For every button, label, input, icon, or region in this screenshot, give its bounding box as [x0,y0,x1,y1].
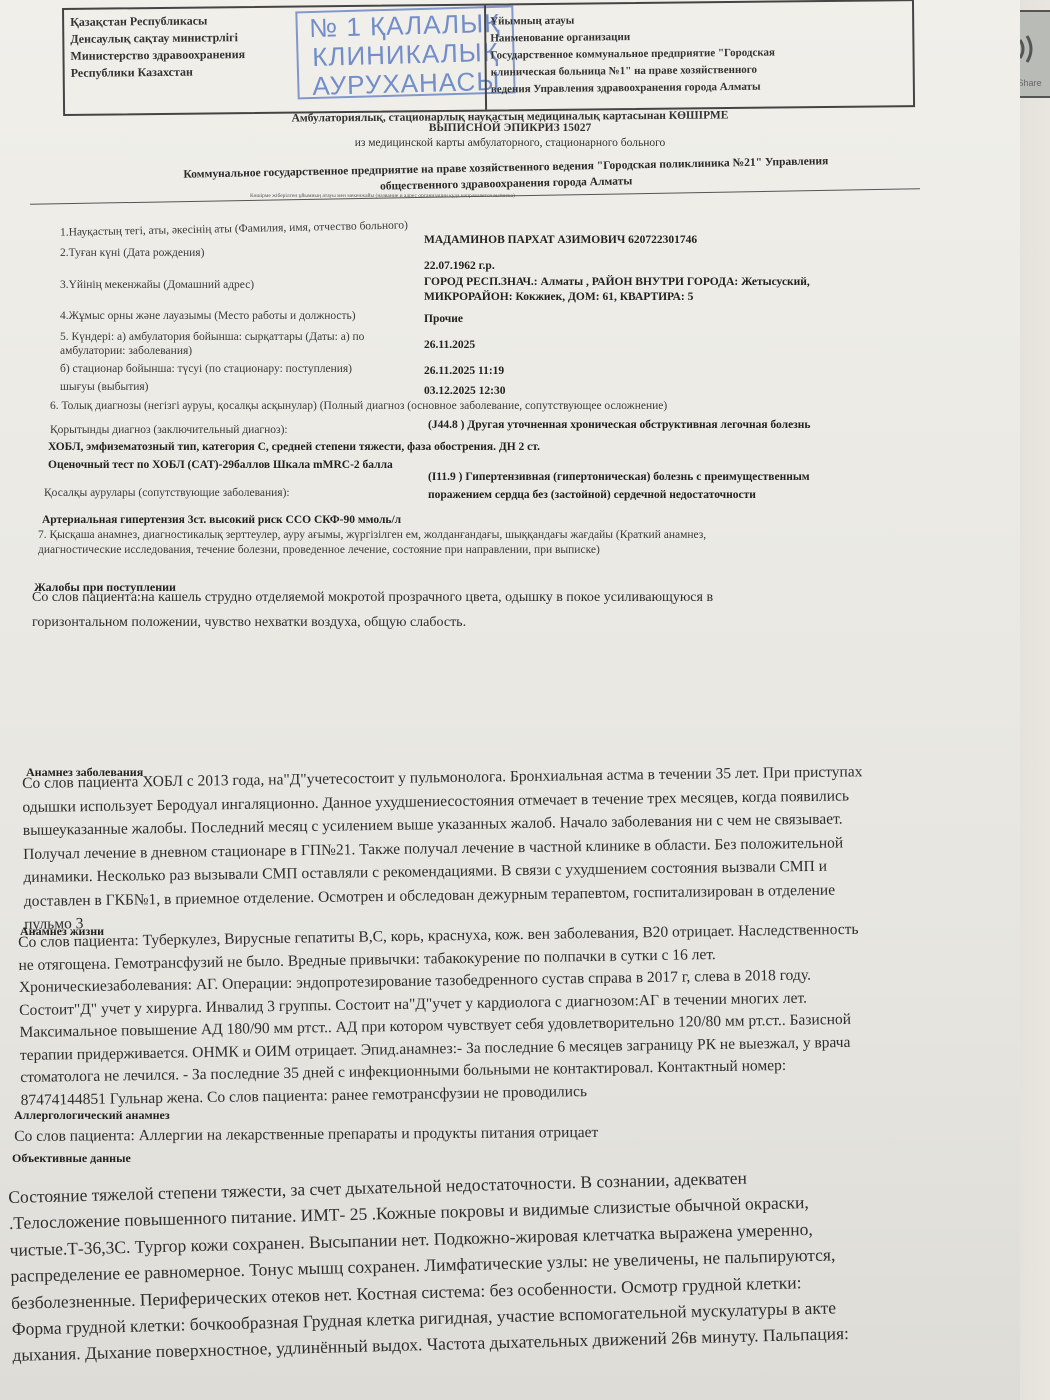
ministry-block: Қазақстан Республикасы Денсаулық сақтау … [70,12,245,82]
final-diagnosis-detail: ХОБЛ, эмфизематозный тип, категория С, с… [48,440,540,454]
comorbid-label: Қосалқы аурулары (сопутствующие заболева… [44,486,290,500]
diagnosis-heading: 6. Толық диагнозы (негізгі ауруы, қосалқ… [50,399,910,413]
ministry-line: Қазақстан Республикасы [70,12,245,31]
discharge-document: Қазақстан Республикасы Денсаулық сақтау … [0,0,1020,1400]
document-header: Қазақстан Республикасы Денсаулық сақтау … [62,0,915,116]
comorbid-value: (I11.9 ) Гипертензивная (гипертоническая… [428,470,810,484]
organization-block: Ұйымның атауы Наименование организации Г… [490,11,775,99]
objective-text: Состояние тяжелой степени тяжести, за сч… [8,1157,1050,1369]
field-label-workplace: 4.Жұмыс орны және лауазымы (Место работы… [60,309,420,323]
ministry-line: Республики Казахстан [71,63,246,82]
section7-heading: 7. Қысқаша анамнез, диагностикалық зертт… [38,528,918,542]
title-subtitle: из медицинской карты амбулаторного, стац… [110,137,910,149]
field-value-address-2: МИКРОРАЙОН: Кокжиек, ДОМ: 61, КВАРТИРА: … [424,290,693,304]
referral-note: Көшірме жіберілген ұйымның атауы мен мек… [250,193,515,199]
disease-history-text: Со слов пациента ХОБЛ с 2013 года, на"Д"… [22,759,984,937]
field-label-ambulatory-dates: 5. Күндері: а) амбулатория бойынша: сырқ… [60,330,420,358]
complaints-text: Со слов пациента:на кашель струдно отдел… [32,585,932,635]
ministry-line: Денсаулық сақтау министрлігі [70,29,245,48]
copd-assessment: Оценочный тест по ХОБЛ (CAT)-29баллов Шк… [48,458,393,472]
field-label-discharge: шығуы (выбытия) [60,380,420,394]
document-title: ВЫПИСНОЙ ЭПИКРИЗ 15027 [110,122,910,134]
allergy-text-content: Со слов пациента: Аллергии на лекарствен… [14,1124,598,1145]
comorbid-detail: Артериальная гипертензия 3ст. высокий ри… [42,513,401,527]
field-label-address: 3.Үйінің мекенжайы (Домашний адрес) [60,278,420,292]
field-value-address: ГОРОД РЕСП.ЗНАЧ.: Алматы , РАЙОН ВНУТРИ … [424,275,810,289]
stamp-line: АУРУХАНАСЫ [299,66,514,101]
org-line: ведения Управления здравоохранения город… [491,79,776,99]
final-diagnosis-label: Қорытынды диагноз (заключительный диагно… [50,423,288,437]
hospital-stamp: № 1 ҚАЛАЛЫҚ КЛИНИКАЛЫҚ АУРУХАНАСЫ [295,5,515,99]
field-label-admission: б) стационар бойынша: түсуі (по стациона… [60,362,420,376]
section7-heading-2: диагностические исследования, течение бо… [38,543,918,557]
field-value-admission: 26.11.2025 11:19 [424,364,504,378]
field-value-workplace: Прочие [424,312,463,326]
comorbid-value-2: поражением сердца без (застойной) сердеч… [428,488,756,502]
field-label-birthdate: 2.Туған күні (Дата рождения) [60,246,420,260]
ministry-line: Министерство здравоохранения [70,46,245,65]
life-history-text: Со слов пациента: Туберкулез, Вирусные г… [18,916,1021,1112]
field-value-birthdate: 22.07.1962 г.р. [424,259,495,273]
allergy-text: Со слов пациента: Аллергии на лекарствен… [14,1099,914,1148]
final-diagnosis-value: (J44.8 ) Другая уточненная хроническая о… [428,418,811,432]
field-value-ambulatory-dates: 26.11.2025 [424,338,475,352]
field-value-name: МАДАМИНОВ ПАРХАТ АЗИМОВИЧ 620722301746 [424,233,697,247]
field-label-name: 1.Науқастың тегі, аты, әкесінің аты (Фам… [60,218,420,240]
objective-title: Объективные данные [12,1151,131,1166]
field-value-discharge: 03.12.2025 12:30 [424,384,505,398]
